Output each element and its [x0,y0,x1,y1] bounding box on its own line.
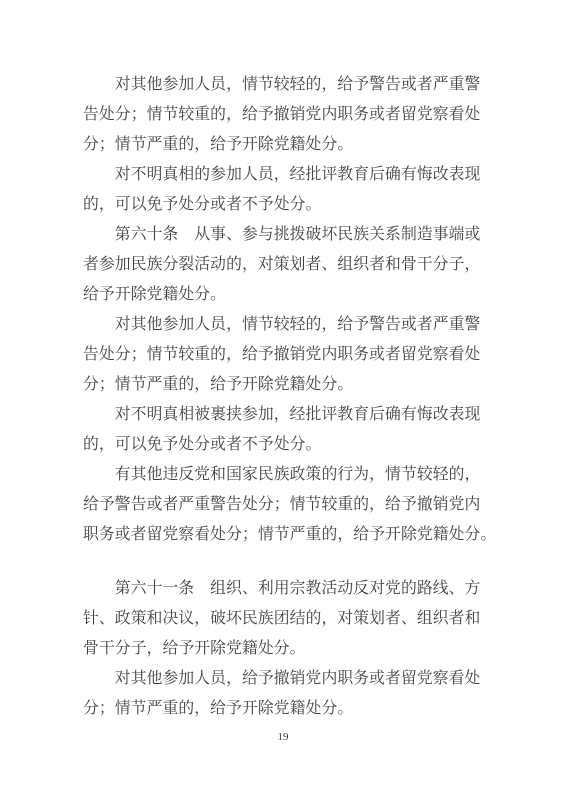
paragraph-article-61: 第六十一条 组织、利用宗教活动反对党的路线、方 针、政策和决议，破坏民族团结的，… [83,574,483,664]
text-line: 告处分；情节较重的，给予撤销党内职务或者留党察看处 [83,340,483,370]
text-line: 对不明真相的参加人员，经批评教育后确有悔改表现 [83,160,483,190]
text-line: 针、政策和决议，破坏民族团结的，对策划者、组织者和 [83,604,483,634]
text-line: 给予警告或者严重警告处分；情节较重的，给予撤销党内 [83,490,483,520]
text-line: 对其他参加人员，情节较轻的，给予警告或者严重警 [83,70,483,100]
paragraph: 对其他参加人员，情节较轻的，给予警告或者严重警 告处分；情节较重的，给予撤销党内… [83,70,483,160]
text-line: 给予开除党籍处分。 [83,280,483,310]
text-line: 对其他参加人员，情节较轻的，给予警告或者严重警 [83,310,483,340]
text-line: 分；情节严重的，给予开除党籍处分。 [83,130,483,160]
page-number: 19 [0,731,566,744]
text-line: 的，可以免予处分或者不予处分。 [83,430,483,460]
paragraph-article-60: 第六十条 从事、参与挑拨破坏民族关系制造事端或 者参加民族分裂活动的，对策划者、… [83,220,483,310]
paragraph: 对其他参加人员，给予撤销党内职务或者留党察看处 分；情节严重的，给予开除党籍处分… [83,664,483,724]
paragraph: 有其他违反党和国家民族政策的行为，情节较轻的， 给予警告或者严重警告处分；情节较… [83,460,483,550]
paragraph: 对不明真相的参加人员，经批评教育后确有悔改表现 的，可以免予处分或者不予处分。 [83,160,483,220]
text-line: 分；情节严重的，给予开除党籍处分。 [83,370,483,400]
page-text: 对其他参加人员，情节较轻的，给予警告或者严重警 告处分；情节较重的，给予撤销党内… [83,70,483,724]
paragraph: 对其他参加人员，情节较轻的，给予警告或者严重警 告处分；情节较重的，给予撤销党内… [83,310,483,400]
text-line: 告处分；情节较重的，给予撤销党内职务或者留党察看处 [83,100,483,130]
text-line: 第六十条 从事、参与挑拨破坏民族关系制造事端或 [83,220,483,250]
document-page: 对其他参加人员，情节较轻的，给予警告或者严重警 告处分；情节较重的，给予撤销党内… [0,0,566,800]
text-line: 分；情节严重的，给予开除党籍处分。 [83,694,483,724]
text-line: 对其他参加人员，给予撤销党内职务或者留党察看处 [83,664,483,694]
text-line: 有其他违反党和国家民族政策的行为，情节较轻的， [83,460,483,490]
text-line: 第六十一条 组织、利用宗教活动反对党的路线、方 [83,574,483,604]
text-line: 骨干分子，给予开除党籍处分。 [83,634,483,664]
paragraph: 对不明真相被裹挟参加，经批评教育后确有悔改表现 的，可以免予处分或者不予处分。 [83,400,483,460]
text-line: 的，可以免予处分或者不予处分。 [83,190,483,220]
text-line: 对不明真相被裹挟参加，经批评教育后确有悔改表现 [83,400,483,430]
text-line: 者参加民族分裂活动的，对策划者、组织者和骨干分子， [83,250,483,280]
text-line: 职务或者留党察看处分；情节严重的，给予开除党籍处分。 [83,520,483,550]
